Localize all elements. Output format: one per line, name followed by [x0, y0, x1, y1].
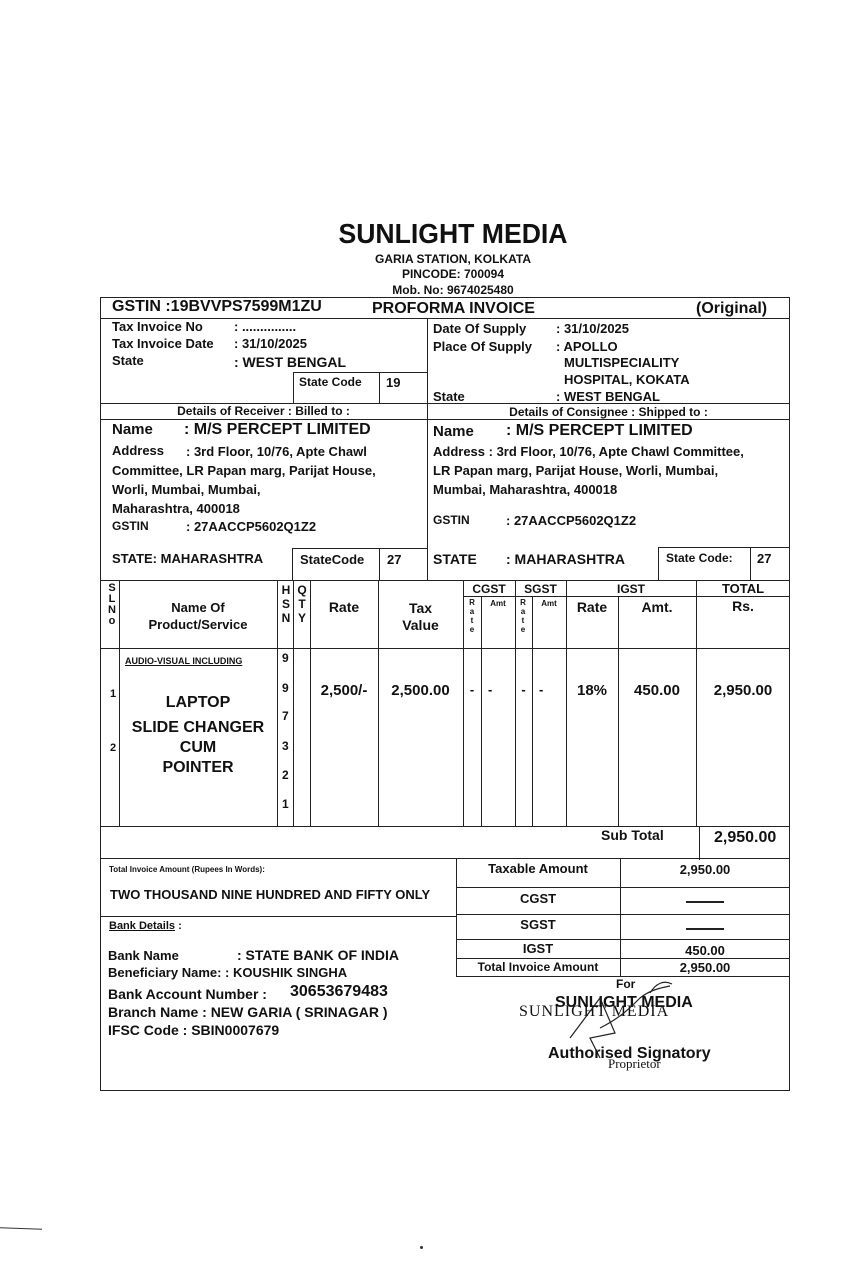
- supply-state-label: State: [433, 389, 465, 404]
- consignee-address-line-1: Address : 3rd Floor, 10/76, Apte Chawl C…: [433, 444, 744, 459]
- consignee-section-title: Details of Consignee : Shipped to :: [427, 405, 790, 419]
- account-number-value: 30653679483: [290, 983, 388, 1001]
- invoice-no-label: Tax Invoice No: [112, 319, 203, 334]
- consignee-state-label: STATE: [433, 551, 477, 567]
- consignee-address-line-3: Mumbai, Maharashtra, 400018: [433, 482, 617, 497]
- product-category: AUDIO-VISUAL INCLUDING: [125, 656, 242, 666]
- igst-amt-header: Amt.: [618, 599, 696, 615]
- item-rate: 2,500/-: [310, 682, 378, 699]
- col-header-cgst: CGST: [463, 582, 515, 596]
- product-line-3: CUM: [119, 739, 277, 757]
- consignee-gstin-value: : 27AACCP5602Q1Z2: [506, 513, 636, 528]
- consignee-state-code-label: State Code:: [666, 551, 733, 565]
- hsn-digit-3: 7: [282, 709, 289, 723]
- receiver-address-line-4: Maharashtra, 400018: [112, 501, 240, 516]
- place-of-supply-label: Place Of Supply: [433, 339, 532, 354]
- consignee-name-label: Name: [433, 423, 474, 440]
- hsn-digit-5: 2: [282, 768, 289, 782]
- company-address: GARIA STATION, KOLKATA: [0, 252, 863, 266]
- beneficiary-name: Beneficiary Name: : KOUSHIK SINGHA: [108, 965, 347, 980]
- date-of-supply-label: Date Of Supply: [433, 321, 526, 336]
- place-of-supply-line-2: MULTISPECIALITY: [564, 355, 679, 370]
- scan-mark-line: [0, 1227, 42, 1229]
- sgst-amt: -: [539, 682, 543, 697]
- summary-label-taxable: Taxable Amount: [456, 861, 620, 876]
- amount-words-label: Total Invoice Amount (Rupees In Words):: [109, 865, 265, 874]
- invoice-no-value: : ...............: [234, 319, 296, 334]
- sl-no-1: 1: [110, 688, 116, 700]
- invoice-date-label: Tax Invoice Date: [112, 336, 214, 351]
- summary-value-cgst-dash: [620, 893, 790, 911]
- receiver-name-label: Name: [112, 421, 153, 438]
- proprietor-label: Proprietor: [608, 1056, 661, 1072]
- receiver-state: STATE: MAHARASHTRA: [112, 551, 263, 566]
- sl-no-2: 2: [110, 742, 116, 754]
- col-header-igst: IGST: [566, 582, 696, 596]
- hsn-digit-1: 9: [282, 651, 289, 665]
- summary-label-sgst: SGST: [456, 917, 620, 932]
- company-pincode: PINCODE: 700094: [0, 267, 863, 281]
- hsn-digit-2: 9: [282, 681, 289, 695]
- cgst-amt: -: [488, 682, 492, 697]
- bank-details-title: Bank Details :: [109, 920, 182, 932]
- item-tax-value: 2,500.00: [378, 682, 463, 699]
- col-header-tax-value: TaxValue: [378, 600, 463, 634]
- receiver-name-value: : M/S PERCEPT LIMITED: [184, 421, 371, 439]
- summary-label-cgst: CGST: [456, 891, 620, 906]
- receiver-section-title: Details of Receiver : Billed to :: [100, 404, 427, 418]
- col-header-product: Name OfProduct/Service: [119, 599, 277, 633]
- consignee-address-line-2: LR Papan marg, Parijat House, Worli, Mum…: [433, 463, 718, 478]
- igst-rate: 18%: [566, 682, 618, 699]
- total-sub-header: Rs.: [696, 598, 790, 614]
- account-number-label: Bank Account Number :: [108, 986, 267, 1002]
- bank-name-label: Bank Name: [108, 948, 179, 963]
- summary-label-igst: IGST: [456, 941, 620, 956]
- ifsc-code: IFSC Code : SBIN0007679: [108, 1022, 279, 1038]
- place-of-supply-line-3: HOSPITAL, KOKATA: [564, 372, 690, 387]
- col-header-sgst: SGST: [515, 582, 566, 596]
- state-code-value: 19: [386, 375, 400, 390]
- hsn-digit-4: 3: [282, 739, 289, 753]
- state-code-label: State Code: [299, 375, 362, 389]
- invoice-date-value: : 31/10/2025: [234, 336, 307, 351]
- scan-mark-dot: [420, 1246, 423, 1249]
- igst-rate-header: Rate: [566, 599, 618, 615]
- sub-total-label: Sub Total: [601, 827, 664, 843]
- supply-state-value: : WEST BENGAL: [556, 389, 660, 404]
- product-line-4: POINTER: [119, 759, 277, 777]
- col-header-qty: QTY: [297, 583, 307, 625]
- summary-label-total: Total Invoice Amount: [456, 960, 620, 974]
- consignee-state-value: : MAHARASHTRA: [506, 551, 625, 567]
- summary-value-taxable: 2,950.00: [620, 862, 790, 877]
- receiver-address-line-3: Worli, Mumbai, Mumbai,: [112, 482, 261, 497]
- receiver-address-label: Address: [112, 443, 164, 458]
- summary-value-sgst-dash: [620, 920, 790, 938]
- sgst-rate: -: [515, 682, 532, 697]
- receiver-gstin-label: GSTIN: [112, 519, 149, 533]
- product-line-2: SLIDE CHANGER: [119, 719, 277, 737]
- hsn-digit-6: 1: [282, 797, 289, 811]
- product-line-1: LAPTOP: [119, 694, 277, 712]
- amount-words-value: TWO THOUSAND NINE HUNDRED AND FIFTY ONLY: [110, 887, 430, 902]
- receiver-state-code-value: 27: [387, 552, 401, 567]
- copy-label: (Original): [696, 300, 767, 318]
- consignee-state-code-value: 27: [757, 551, 771, 566]
- summary-value-total: 2,950.00: [620, 960, 790, 975]
- igst-amt: 450.00: [618, 682, 696, 699]
- cgst-rate-header: Rate: [467, 598, 477, 634]
- receiver-address-line-1: : 3rd Floor, 10/76, Apte Chawl: [186, 444, 367, 459]
- cgst-rate: -: [463, 682, 481, 697]
- company-name: SUNLIGHT MEDIA: [23, 218, 863, 250]
- col-header-total: TOTAL: [696, 581, 790, 596]
- branch-name: Branch Name : NEW GARIA ( SRINAGAR ): [108, 1004, 388, 1020]
- item-total: 2,950.00: [696, 682, 790, 699]
- receiver-address-line-2: Committee, LR Papan marg, Parijat House,: [112, 463, 376, 478]
- place-of-supply-line-1: : APOLLO: [556, 339, 618, 354]
- consignee-name-value: : M/S PERCEPT LIMITED: [506, 422, 693, 440]
- sub-total-value: 2,950.00: [714, 829, 776, 847]
- receiver-state-code-label: StateCode: [300, 552, 364, 567]
- receiver-gstin-value: : 27AACCP5602Q1Z2: [186, 519, 316, 534]
- company-mobile: Mob. No: 9674025480: [0, 283, 863, 297]
- cgst-amt-header: Amt: [481, 599, 515, 608]
- state-label: State: [112, 353, 144, 368]
- consignee-gstin-label: GSTIN: [433, 513, 470, 527]
- bank-name-value: : STATE BANK OF INDIA: [237, 947, 399, 963]
- document-type: PROFORMA INVOICE: [372, 300, 535, 318]
- date-of-supply-value: : 31/10/2025: [556, 321, 629, 336]
- state-value: : WEST BENGAL: [234, 354, 346, 370]
- col-header-hsn: HSN: [281, 583, 291, 625]
- seller-gstin: GSTIN :19BVVPS7599M1ZU: [112, 298, 322, 316]
- sgst-rate-header: Rate: [518, 598, 528, 634]
- col-header-rate: Rate: [310, 599, 378, 615]
- summary-value-igst: 450.00: [620, 943, 790, 958]
- col-header-sl-no: SLNo: [107, 583, 117, 627]
- sgst-amt-header: Amt: [532, 599, 566, 608]
